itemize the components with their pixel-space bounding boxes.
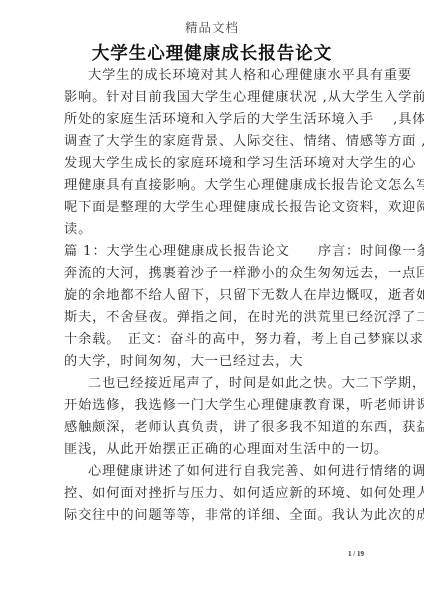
body-text-line: 感触颇深，老师认真负责，讲了很多我不知道的东西，获益	[64, 420, 364, 436]
body-text-line: 奔流的大河，携裹着沙子一样渺小的众生匆匆远去，一点回	[64, 266, 364, 282]
page-number: 1 / 19	[348, 550, 364, 558]
page-header: 精品文档	[0, 18, 424, 36]
body-text-line: 呢下面是整理的大学生心理健康成长报告论文资料，欢迎阅	[64, 200, 364, 216]
body-text-line: 的大学，时间匆匆，大一已经过去，大	[64, 354, 364, 370]
body-text-line: 理健康具有直接影响。大学生心理健康成长报告论文怎么写	[64, 178, 364, 194]
body-text-line: 大学生的成长环境对其人格和心理健康水平具有重要	[88, 68, 388, 84]
body-text-line: 际交往中的问题等等，非常的详细、全面。我认为此次的成	[64, 508, 364, 524]
body-text-line: 调查了大学生的家庭背景、人际交往、情绪、情感等方面 ,	[64, 134, 364, 150]
body-text-line: 所处的家庭生活环境和入学后的大学生活环境入手 ,具体	[64, 112, 364, 128]
body-text-line: 匪浅，从此开始摆正正确的心理面对生活中的一切。	[64, 442, 364, 458]
body-text-line: 篇 1：大学生心理健康成长报告论文 序言：时间像一条	[64, 244, 364, 260]
body-text-line: 十余载。 正文：奋斗的高中，努力着，考上自己梦寐以求	[64, 332, 364, 348]
document-title: 大学生心理健康成长报告论文	[0, 40, 424, 65]
body-text-line: 斯夫，不舍昼夜。弹指之间，在时光的洪荒里已经沉浮了二	[64, 310, 364, 326]
body-text-line: 发现大学生成长的家庭环境和学习生活环境对大学生的心	[64, 156, 364, 172]
body-text-line: 心理健康讲述了如何进行自我完善、如何进行情绪的调	[88, 464, 388, 480]
body-text-line: 控、如何面对挫折与压力、如何适应新的环境、如何处理人	[64, 486, 364, 502]
body-text-line: 影响。针对目前我国大学生心理健康状况 ,从大学生入学前	[64, 90, 364, 106]
body-text-line: 二也已经接近尾声了，时间是如此之快。大二下学期，	[88, 376, 388, 392]
body-text-line: 读。	[64, 222, 364, 238]
body-text-line: 开始选修，我选修一门大学生心理健康教育课，听老师讲课	[64, 398, 364, 414]
body-text-line: 旋的余地都不给人留下，只留下无数人在岸边慨叹，逝者如	[64, 288, 364, 304]
